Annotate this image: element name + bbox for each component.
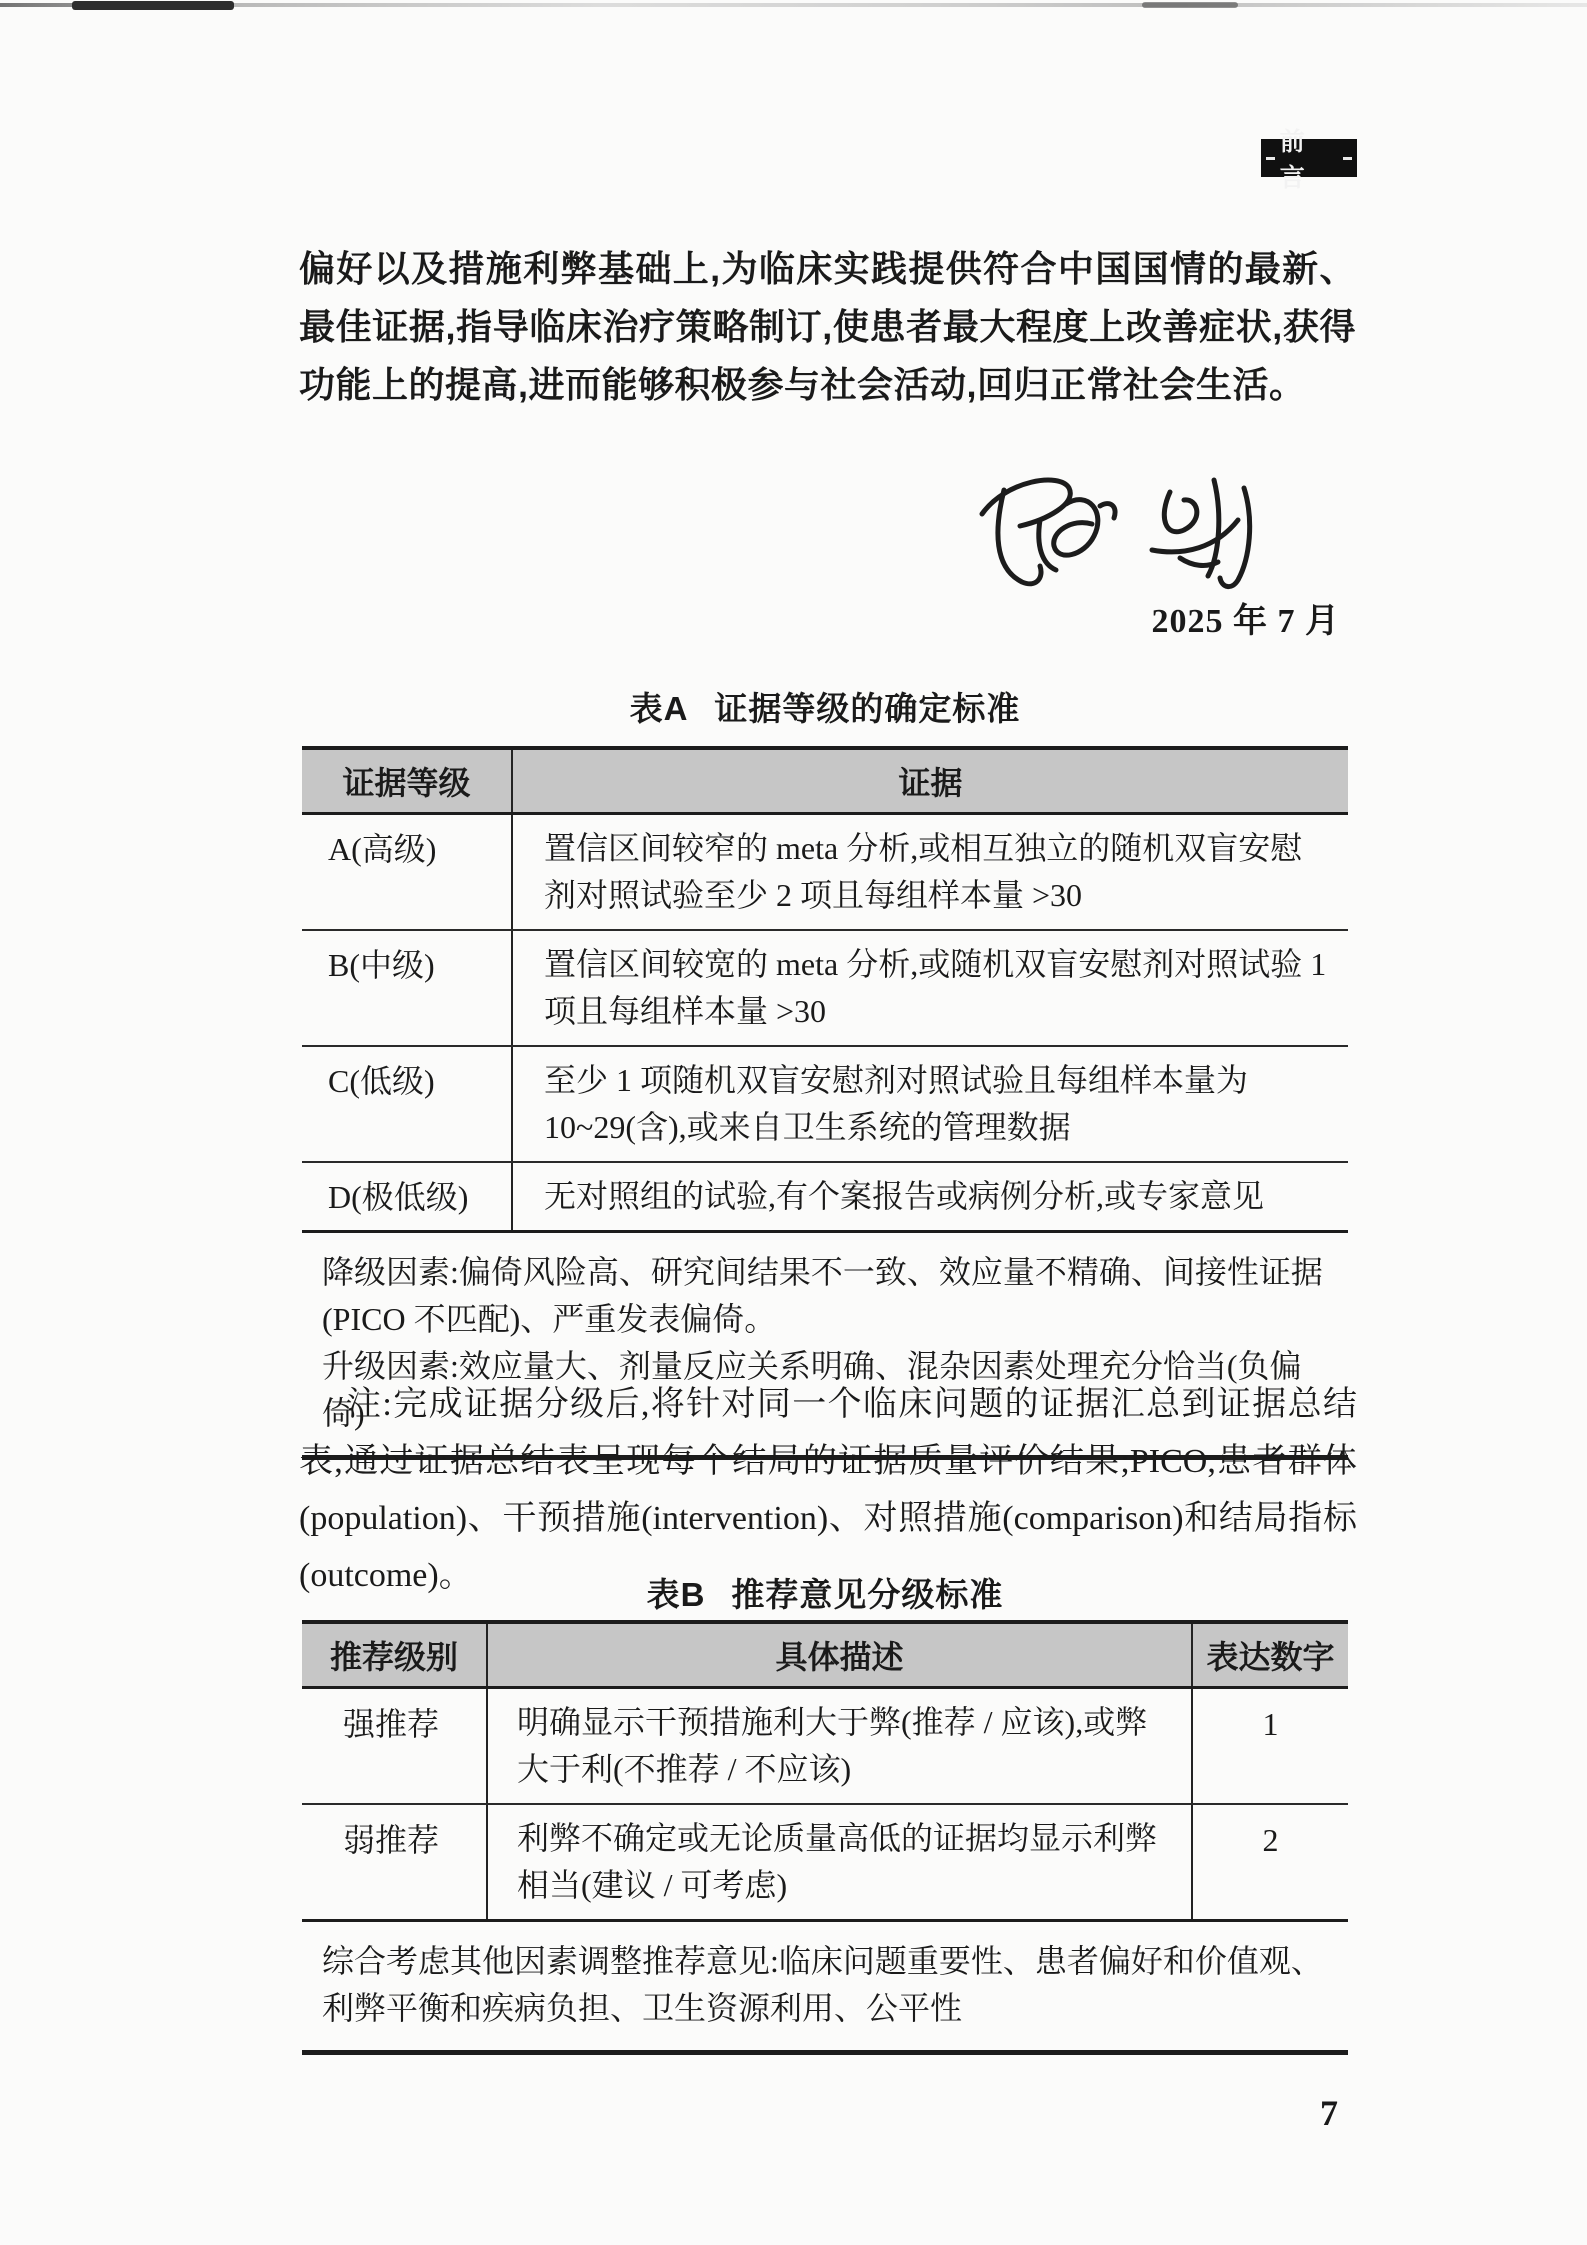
evidence-level-cell: C(低级) bbox=[302, 1047, 513, 1161]
section-badge-preface: 前言 bbox=[1261, 139, 1357, 177]
evidence-desc-cell: 置信区间较窄的 meta 分析,或相互独立的随机双盲安慰剂对照试验至少 2 项且… bbox=[513, 815, 1348, 929]
table-row: C(低级) 至少 1 项随机双盲安慰剂对照试验且每组样本量为 10~29(含),… bbox=[302, 1047, 1348, 1163]
table-a: 证据等级 证据 A(高级) 置信区间较窄的 meta 分析,或相互独立的随机双盲… bbox=[302, 746, 1348, 1460]
table-row: 强推荐 明确显示干预措施利大于弊(推荐 / 应该),或弊大于利(不推荐 / 不应… bbox=[302, 1689, 1348, 1805]
recommendation-grade-cell: 强推荐 bbox=[302, 1689, 488, 1803]
scan-artifact-line bbox=[0, 3, 1587, 7]
evidence-desc-cell: 至少 1 项随机双盲安慰剂对照试验且每组样本量为 10~29(含),或来自卫生系… bbox=[513, 1047, 1348, 1161]
evidence-desc-cell: 置信区间较宽的 meta 分析,或随机双盲安慰剂对照试验 1 项且每组样本量 >… bbox=[513, 931, 1348, 1045]
table-a-header-level: 证据等级 bbox=[302, 750, 513, 812]
recommendation-grade-cell: 弱推荐 bbox=[302, 1805, 488, 1919]
recommendation-number-cell: 1 bbox=[1193, 1689, 1348, 1803]
table-row: A(高级) 置信区间较窄的 meta 分析,或相互独立的随机双盲安慰剂对照试验至… bbox=[302, 815, 1348, 931]
table-b-header-number: 表达数字 bbox=[1193, 1624, 1348, 1686]
recommendation-desc-cell: 明确显示干预措施利大于弊(推荐 / 应该),或弊大于利(不推荐 / 不应该) bbox=[488, 1689, 1193, 1803]
table-a-title-text: 证据等级的确定标准 bbox=[714, 690, 1020, 727]
table-a-label: 表A bbox=[630, 690, 689, 727]
evidence-desc-cell: 无对照组的试验,有个案报告或病例分析,或专家意见 bbox=[513, 1163, 1348, 1230]
table-b-header-row: 推荐级别 具体描述 表达数字 bbox=[302, 1624, 1348, 1689]
signature-image bbox=[948, 462, 1288, 612]
table-a-title: 表A证据等级的确定标准 bbox=[302, 683, 1348, 730]
table-b-title-text: 推荐意见分级标准 bbox=[731, 1576, 1003, 1613]
scan-artifact-dash-2 bbox=[1142, 2, 1238, 8]
table-b-header-grade: 推荐级别 bbox=[302, 1624, 488, 1686]
table-b: 推荐级别 具体描述 表达数字 强推荐 明确显示干预措施利大于弊(推荐 / 应该)… bbox=[302, 1620, 1348, 2055]
evidence-level-cell: B(中级) bbox=[302, 931, 513, 1045]
recommendation-number-cell: 2 bbox=[1193, 1805, 1348, 1919]
table-row: D(极低级) 无对照组的试验,有个案报告或病例分析,或专家意见 bbox=[302, 1163, 1348, 1233]
table-a-header-evidence: 证据 bbox=[513, 750, 1348, 812]
table-b-label: 表B bbox=[647, 1576, 706, 1613]
evidence-level-cell: A(高级) bbox=[302, 815, 513, 929]
downgrade-factors-note: 降级因素:偏倚风险高、研究间结果不一致、效应量不精确、间接性证据(PICO 不匹… bbox=[322, 1249, 1340, 1343]
evidence-level-cell: D(极低级) bbox=[302, 1163, 513, 1230]
intro-paragraph: 偏好以及措施利弊基础上,为临床实践提供符合中国国情的最新、最佳证据,指导临床治疗… bbox=[299, 240, 1356, 414]
adjustment-factors-note: 综合考虑其他因素调整推荐意见:临床问题重要性、患者偏好和价值观、利弊平衡和疾病负… bbox=[322, 1938, 1340, 2032]
scan-artifact-dash bbox=[72, 1, 234, 10]
section-badge-label: 前言 bbox=[1280, 122, 1338, 194]
table-b-header-description: 具体描述 bbox=[488, 1624, 1193, 1686]
page-number: 7 bbox=[1320, 2092, 1338, 2134]
table-row: B(中级) 置信区间较宽的 meta 分析,或随机双盲安慰剂对照试验 1 项且每… bbox=[302, 931, 1348, 1047]
recommendation-desc-cell: 利弊不确定或无论质量高低的证据均显示利弊相当(建议 / 可考虑) bbox=[488, 1805, 1193, 1919]
table-a-header-row: 证据等级 证据 bbox=[302, 750, 1348, 815]
table-row: 弱推荐 利弊不确定或无论质量高低的证据均显示利弊相当(建议 / 可考虑) 2 bbox=[302, 1805, 1348, 1922]
sign-date: 2025 年 7 月 bbox=[1040, 593, 1340, 642]
table-b-title: 表B推荐意见分级标准 bbox=[302, 1569, 1348, 1616]
table-b-footnote: 综合考虑其他因素调整推荐意见:临床问题重要性、患者偏好和价值观、利弊平衡和疾病负… bbox=[302, 1922, 1348, 2050]
